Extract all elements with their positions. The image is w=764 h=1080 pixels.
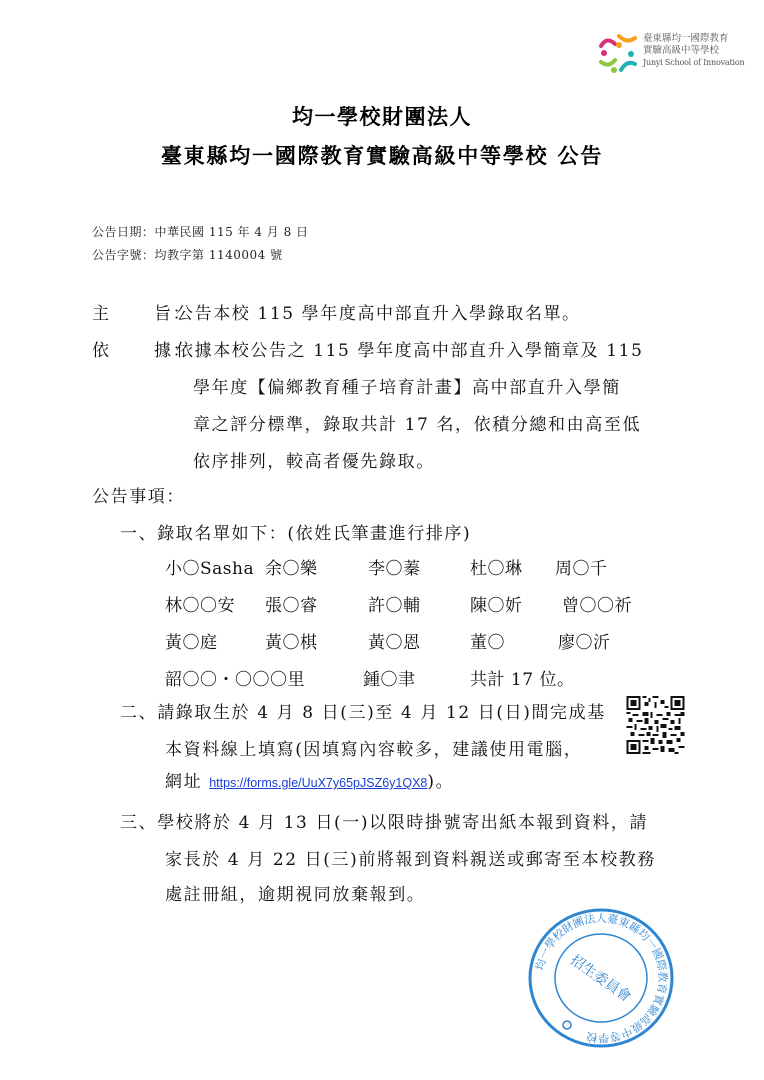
basis-line-2: 學年度【偏鄉教育種子培育計畫】高中部直升入學簡 — [193, 373, 621, 398]
notice-heading: 公告事項： — [92, 482, 185, 507]
name-entry: 小〇Sasha — [165, 554, 254, 579]
name-entry: 曾〇〇祈 — [562, 591, 632, 616]
name-entry: 黃〇庭 — [165, 628, 218, 653]
item2-line-3: 網址 https://forms.gle/UuX7y65pJSZ6y1QX8)。 — [165, 767, 454, 792]
announcement-date: 公告日期：中華民國 115 年 4 月 8 日 — [92, 223, 309, 240]
name-entry: 董〇 — [470, 628, 505, 653]
logo-line-3: Junyi School of Innovation — [643, 57, 744, 69]
name-entry: 張〇睿 — [265, 591, 318, 616]
name-entry: 杜〇琳 — [470, 554, 523, 579]
qr-code-icon — [626, 696, 685, 754]
official-seal-stamp: 均一學校財團法人臺東縣均一國際教育實驗高級中等學校 招生委員會 — [527, 907, 675, 1049]
item3-line-3: 處註冊組，逾期視同放棄報到。 — [165, 880, 425, 905]
document-title-line-2: 臺東縣均一國際教育實驗高級中等學校 公告 — [0, 140, 764, 170]
subject-text: 公告本校 115 學年度高中部直升入學錄取名單。 — [176, 299, 581, 324]
name-entry: 鍾〇聿 — [363, 665, 416, 690]
seal-inner-text: 招生委員會 — [567, 951, 634, 1005]
basis-label-a: 依 — [92, 336, 111, 361]
item3-line-1: 三、學校將於 4 月 13 日(一)以限時掛號寄出紙本報到資料，請 — [120, 808, 648, 833]
school-logo-text: 臺東縣均一國際教育 實驗高級中等學校 Junyi School of Innov… — [643, 33, 744, 69]
name-entry: 林〇〇安 — [165, 591, 235, 616]
item1-heading: 一、錄取名單如下：(依姓氏筆畫進行排序) — [120, 519, 471, 544]
logo-line-2: 實驗高級中等學校 — [643, 45, 744, 57]
plum-blossom-icon — [563, 1021, 571, 1029]
basis-line-1: 依據本校公告之 115 學年度高中部直升入學簡章及 115 — [176, 336, 644, 361]
item3-line-2: 家長於 4 月 22 日(三)前將報到資料親送或郵寄至本校教務 — [165, 845, 656, 870]
school-logo-icon — [597, 32, 639, 74]
document-title-line-1: 均一學校財團法人 — [0, 101, 764, 131]
basis-line-3: 章之評分標準，錄取共計 17 名，依積分總和由高至低 — [193, 410, 641, 435]
item2-line-2: 本資料線上填寫(因填寫內容較多，建議使用電腦， — [165, 735, 582, 760]
basis-line-4: 依序排列，較高者優先錄取。 — [193, 447, 435, 472]
announcement-number: 公告字號：均教字第 1140004 號 — [92, 246, 283, 263]
name-entry: 韶〇〇・〇〇〇里 — [165, 665, 305, 690]
name-entry: 周〇千 — [555, 554, 608, 579]
form-link[interactable]: https://forms.gle/UuX7y65pJSZ6y1QX8 — [209, 776, 427, 790]
subject-label-a: 主 — [92, 299, 111, 324]
name-entry: 黃〇棋 — [265, 628, 318, 653]
logo-line-1: 臺東縣均一國際教育 — [643, 33, 744, 45]
name-entry: 廖〇沂 — [558, 628, 611, 653]
name-entry: 余〇樂 — [265, 554, 318, 579]
name-entry: 黃〇恩 — [368, 628, 421, 653]
url-suffix: )。 — [427, 772, 454, 792]
url-label: 網址 — [165, 772, 209, 792]
name-entry: 李〇蓁 — [368, 554, 421, 579]
name-entry: 許〇輔 — [368, 591, 421, 616]
name-entry: 陳〇妡 — [470, 591, 523, 616]
names-total: 共計 17 位。 — [470, 665, 574, 690]
item2-line-1: 二、請錄取生於 4 月 8 日(三)至 4 月 12 日(日)間完成基 — [120, 698, 606, 723]
